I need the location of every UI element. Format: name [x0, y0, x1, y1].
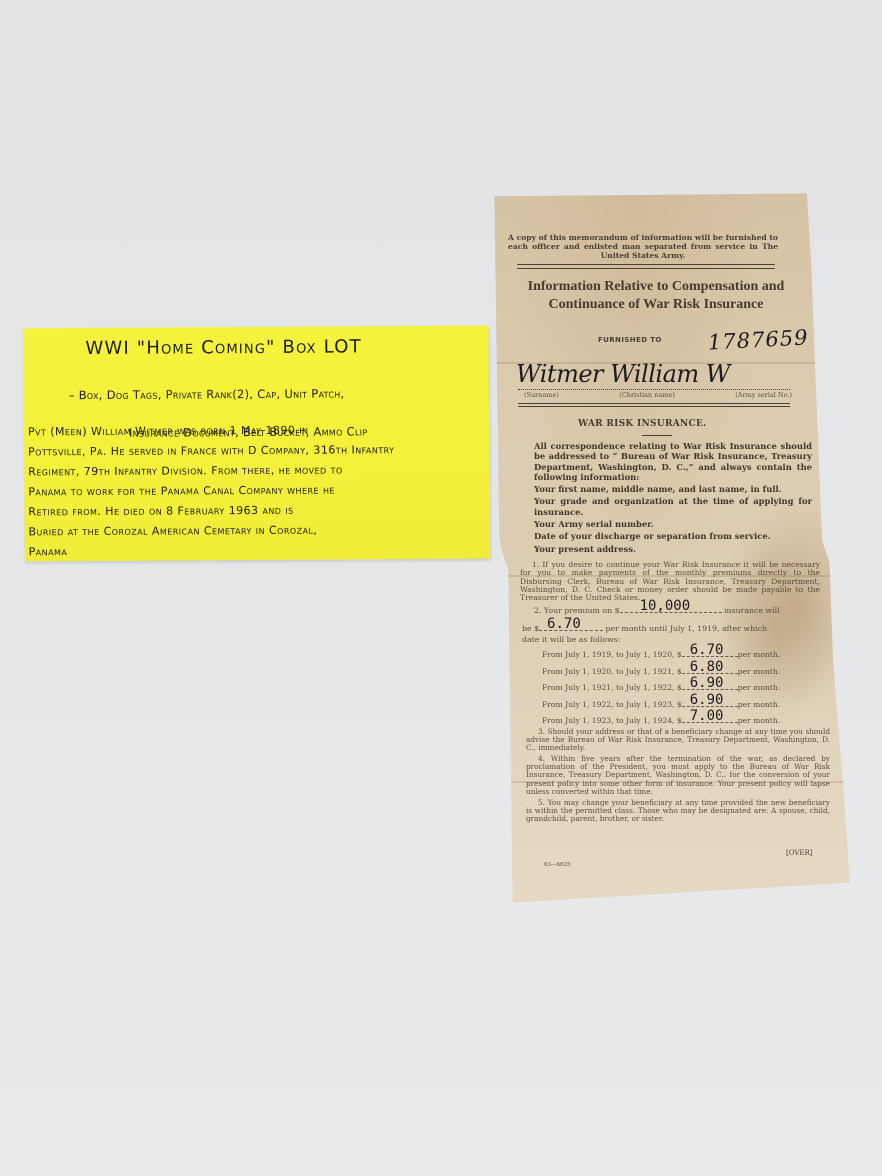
follows-line: date it will be as follows:	[522, 635, 822, 644]
document-paper: A copy of this memorandum of information…	[490, 192, 855, 904]
schedule-row: From July 1, 1921, to July 1, 1922, $6.9…	[542, 683, 837, 692]
correspondence-instructions: All correspondence relating to War Risk …	[520, 441, 812, 554]
divider	[517, 264, 775, 269]
monthly-line: be $6.70 per month until July 1, 1919, a…	[522, 624, 822, 633]
correspondence-text: All correspondence relating to War Risk …	[520, 441, 812, 482]
divider	[642, 435, 672, 436]
surname-label: (Surname)	[524, 391, 559, 399]
schedule-row: From July 1, 1923, to July 1, 1924, $7.0…	[542, 716, 837, 725]
name-field-labels: (Surname) (Christian name) (Army serial …	[524, 391, 792, 399]
memo-notice: A copy of this memorandum of information…	[508, 233, 778, 260]
over-label: [OVER]	[786, 849, 813, 857]
bio-line: Retired from. He died on 8 February 1963…	[28, 500, 488, 523]
schedule-period: From July 1, 1923, to July 1, 1924, $	[542, 716, 682, 725]
insurance-document: A copy of this memorandum of information…	[490, 192, 855, 904]
schedule-period: From July 1, 1920, to July 1, 1921, $	[542, 667, 682, 676]
handwritten-premium-amount: 10,000	[640, 598, 691, 614]
handwritten-schedule-amount: 6.90	[690, 692, 724, 708]
form-number: 63—6625	[544, 862, 571, 868]
info-item: Your first name, middle name, and last n…	[520, 484, 812, 494]
divider	[518, 403, 790, 407]
item-3-text: 3. Should your address or that of a bene…	[526, 728, 830, 752]
premium-prefix: 2. Your premium on $	[522, 606, 620, 615]
bio-line: Pvt (Meen) William Witmer was born 1 May…	[28, 420, 488, 443]
handwritten-schedule-amount: 6.80	[690, 659, 724, 675]
premium-suffix: insurance will	[724, 606, 780, 615]
schedule-suffix: per month.	[738, 716, 780, 725]
sticky-note: WWI "Home Coming" Box LOT – Box, Dog Tag…	[23, 326, 489, 562]
serial-label: (Army serial No.)	[735, 391, 792, 399]
item-5-text: 5. You may change your beneficiary at an…	[526, 799, 830, 823]
section-title: WAR RISK INSURANCE.	[578, 419, 707, 429]
item-4-text: 4. Within five years after the terminati…	[526, 755, 830, 795]
note-title: WWI "Home Coming" Box LOT	[85, 336, 362, 359]
premium-line: 2. Your premium on $10,000 insurance wil…	[522, 606, 822, 615]
handwritten-name: Witmer William W	[516, 360, 730, 388]
handwritten-schedule-amount: 7.00	[690, 708, 724, 724]
bio-line: Buried at the Corozal American Cemetary …	[28, 520, 488, 543]
info-item: Your Army serial number.	[520, 519, 812, 529]
schedule-row: From July 1, 1919, to July 1, 1920, $6.7…	[542, 650, 837, 659]
item-1: 1. If you desire to continue your War Ri…	[520, 561, 820, 602]
schedule-period: From July 1, 1921, to July 1, 1922, $	[542, 683, 682, 692]
handwritten-monthly-amount: 6.70	[547, 616, 581, 632]
item-1-text: 1. If you desire to continue your War Ri…	[520, 561, 820, 602]
furnished-to-label: FURNISHED TO	[598, 336, 662, 344]
monthly-suffix: per month until July 1, 1919, after whic…	[606, 624, 768, 633]
schedule-period: From July 1, 1919, to July 1, 1920, $	[542, 650, 682, 659]
handwritten-schedule-amount: 6.90	[690, 675, 724, 691]
name-line	[518, 389, 790, 390]
info-item: Your present address.	[520, 544, 812, 554]
schedule-suffix: per month.	[738, 700, 780, 709]
note-biography: Pvt (Meen) William Witmer was born 1 May…	[28, 420, 489, 563]
schedule-suffix: per month.	[738, 650, 780, 659]
note-contents-line: – Box, Dog Tags, Private Rank(2), Cap, U…	[69, 384, 489, 406]
christian-name-label: (Christian name)	[619, 391, 675, 399]
info-item: Date of your discharge or separation fro…	[520, 531, 812, 541]
later-items: 3. Should your address or that of a bene…	[526, 728, 830, 826]
handwritten-serial-number: 1787659	[707, 325, 809, 354]
document-heading: Information Relative to Compensation and…	[508, 278, 804, 314]
handwritten-schedule-amount: 6.70	[690, 642, 724, 658]
bio-line: Panama	[29, 540, 489, 563]
schedule-suffix: per month.	[738, 667, 780, 676]
schedule-period: From July 1, 1922, to July 1, 1923, $	[542, 700, 682, 709]
bio-line: Pottsville, Pa. He served in France with…	[28, 440, 488, 463]
bio-line: Regiment, 79th Infantry Division. From t…	[28, 460, 488, 483]
photo-scene: WWI "Home Coming" Box LOT – Box, Dog Tag…	[0, 0, 882, 1176]
schedule-suffix: per month.	[738, 683, 780, 692]
info-item: Your grade and organization at the time …	[520, 496, 812, 517]
monthly-prefix: be $	[522, 624, 539, 633]
bio-line: Panama to work for the Panama Canal Comp…	[28, 480, 488, 503]
